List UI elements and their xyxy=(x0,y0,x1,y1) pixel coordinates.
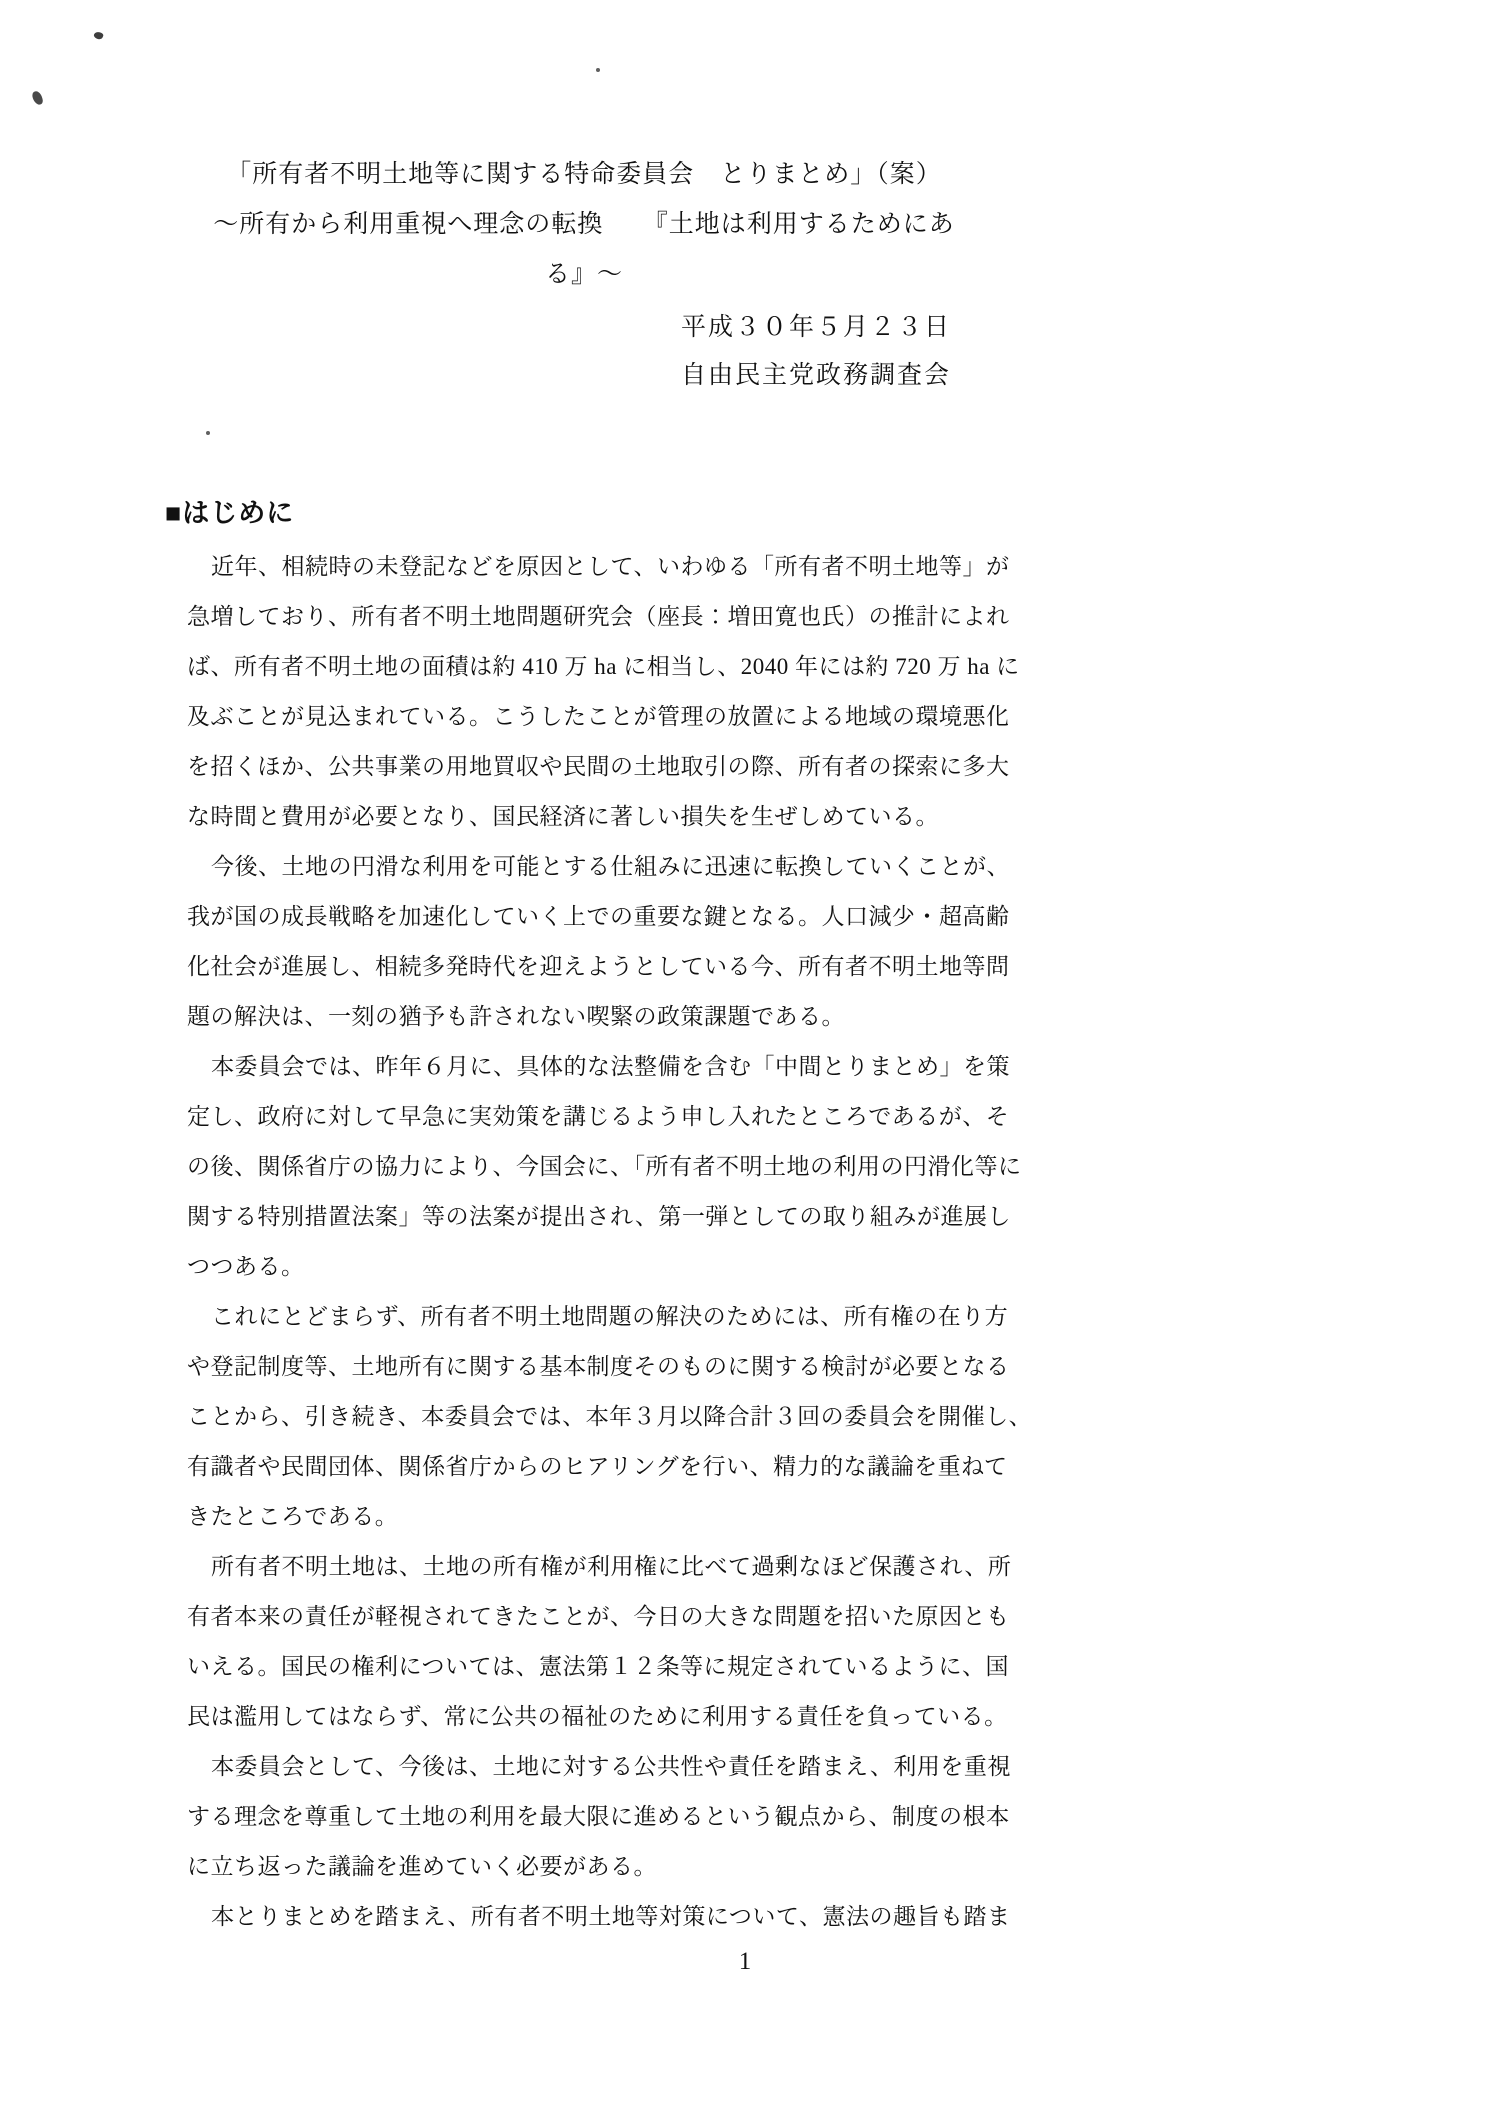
body-text-line: や登記制度等、土地所有に関する基本制度そのものに関する検討が必要となる xyxy=(165,1342,965,1392)
body-text-line: これにとどまらず、所有者不明土地問題の解決のためには、所有権の在り方 xyxy=(165,1292,965,1342)
document-title-block: 「所有者不明土地等に関する特命委員会 とりまとめ」（案） ～所有から利用重視へ理… xyxy=(165,150,965,300)
body-text-line: ことから、引き続き、本委員会では、本年３月以降合計３回の委員会を開催し、 xyxy=(165,1392,965,1442)
scan-speck xyxy=(596,68,600,72)
document-organization: 自由民主党政務調査会 xyxy=(165,352,951,400)
body-text-line: つつある。 xyxy=(165,1242,965,1292)
document-content: 「所有者不明土地等に関する特命委員会 とりまとめ」（案） ～所有から利用重視へ理… xyxy=(165,150,965,1942)
body-text-line: いえる。国民の権利については、憲法第１２条等に規定されているように、国 xyxy=(165,1642,965,1692)
document-body: 近年、相続時の未登記などを原因として、いわゆる「所有者不明土地等」が急増しており… xyxy=(165,542,965,1942)
body-text-line: 所有者不明土地は、土地の所有権が利用権に比べて過剰なほど保護され、所 xyxy=(165,1542,965,1592)
document-page: 「所有者不明土地等に関する特命委員会 とりまとめ」（案） ～所有から利用重視へ理… xyxy=(0,0,1490,2111)
body-text-line: ば、所有者不明土地の面積は約 410 万 ha に相当し、2040 年には約 7… xyxy=(165,642,965,692)
body-text-line: する理念を尊重して土地の利用を最大限に進めるという観点から、制度の根本 xyxy=(165,1792,965,1842)
body-text-line: 有識者や民間団体、関係省庁からのヒアリングを行い、精力的な議論を重ねて xyxy=(165,1442,965,1492)
document-date: 平成３０年５月２３日 xyxy=(165,304,951,352)
body-text-line: 定し、政府に対して早急に実効策を講じるよう申し入れたところであるが、そ xyxy=(165,1092,965,1142)
body-text-line: 化社会が進展し、相続多発時代を迎えようとしている今、所有者不明土地等問 xyxy=(165,942,965,992)
page-number: 1 xyxy=(0,1948,1490,1976)
document-meta-block: 平成３０年５月２３日 自由民主党政務調査会 xyxy=(165,304,965,400)
body-text-line: 本とりまとめを踏まえ、所有者不明土地等対策について、憲法の趣旨も踏ま xyxy=(165,1892,965,1942)
body-text-line: きたところである。 xyxy=(165,1492,965,1542)
body-text-line: 我が国の成長戦略を加速化していく上での重要な鍵となる。人口減少・超高齢 xyxy=(165,892,965,942)
document-title-line-2: ～所有から利用重視へ理念の転換 『土地は利用するためにある』～ xyxy=(203,200,965,300)
section-heading-hajimeni: ■はじめに xyxy=(165,496,965,530)
body-text-line: を招くほか、公共事業の用地買収や民間の土地取引の際、所有者の探索に多大 xyxy=(165,742,965,792)
body-text-line: な時間と費用が必要となり、国民経済に著しい損失を生ぜしめている。 xyxy=(165,792,965,842)
body-text-line: 今後、土地の円滑な利用を可能とする仕組みに迅速に転換していくことが、 xyxy=(165,842,965,892)
body-text-line: 有者本来の責任が軽視されてきたことが、今日の大きな問題を招いた原因とも xyxy=(165,1592,965,1642)
document-title-line-1: 「所有者不明土地等に関する特命委員会 とりまとめ」（案） xyxy=(203,150,965,200)
body-text-line: の後、関係省庁の協力により、今国会に、「所有者不明土地の利用の円滑化等に xyxy=(165,1142,965,1192)
body-text-line: 民は濫用してはならず、常に公共の福祉のために利用する責任を負っている。 xyxy=(165,1692,965,1742)
body-text-line: 本委員会では、昨年６月に、具体的な法整備を含む「中間とりまとめ」を策 xyxy=(165,1042,965,1092)
scan-speck xyxy=(93,30,104,40)
scan-speck xyxy=(31,90,44,106)
body-text-line: 近年、相続時の未登記などを原因として、いわゆる「所有者不明土地等」が xyxy=(165,542,965,592)
body-text-line: 題の解決は、一刻の猶予も許されない喫緊の政策課題である。 xyxy=(165,992,965,1042)
body-text-line: に立ち返った議論を進めていく必要がある。 xyxy=(165,1842,965,1892)
body-text-line: 関する特別措置法案」等の法案が提出され、第一弾としての取り組みが進展し xyxy=(165,1192,965,1242)
body-text-line: 急増しており、所有者不明土地問題研究会（座長：増田寛也氏）の推計によれ xyxy=(165,592,965,642)
body-text-line: 本委員会として、今後は、土地に対する公共性や責任を踏まえ、利用を重視 xyxy=(165,1742,965,1792)
body-text-line: 及ぶことが見込まれている。こうしたことが管理の放置による地域の環境悪化 xyxy=(165,692,965,742)
